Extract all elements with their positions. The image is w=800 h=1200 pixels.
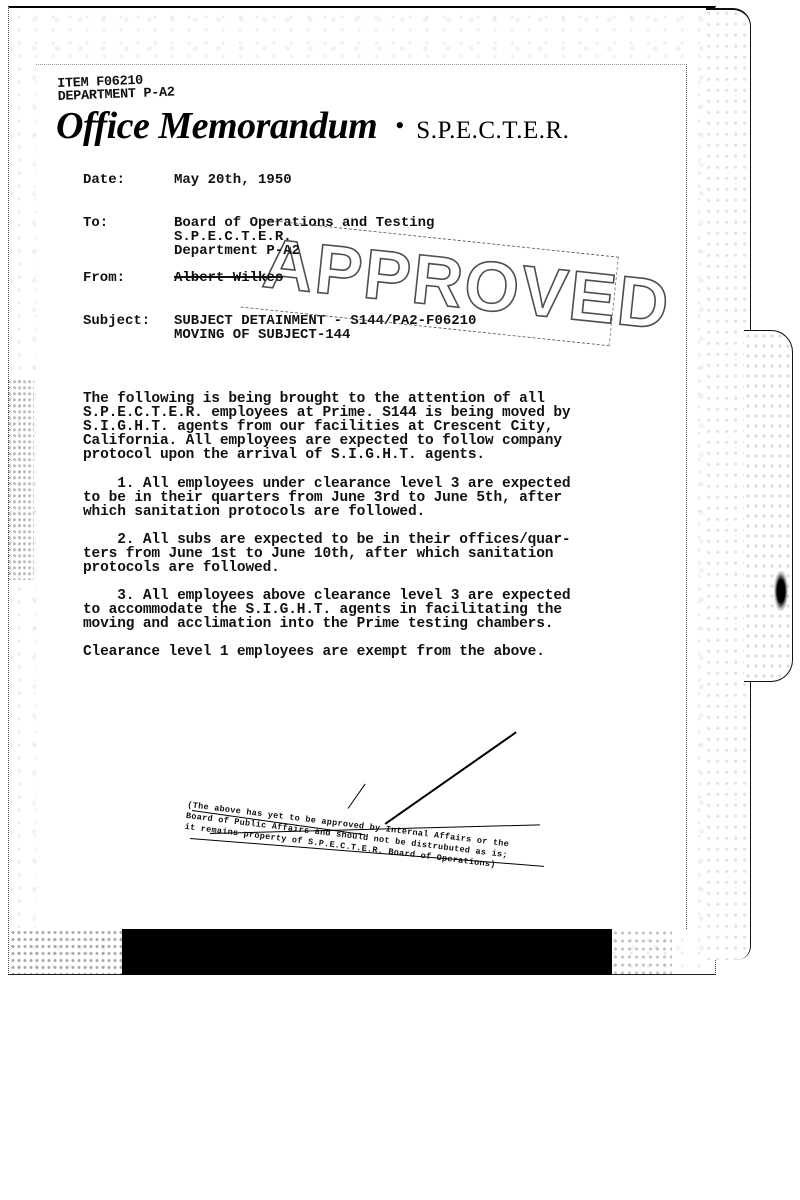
item-3-paragraph: 3. All employees above clearance level 3… — [83, 589, 643, 631]
bullet-icon: • — [395, 111, 404, 140]
text-line: which sanitation protocols are followed. — [83, 505, 643, 519]
text-line: to accommodate the S.I.G.H.T. agents in … — [83, 603, 643, 617]
subject-label: Subject: — [83, 314, 174, 328]
redaction-bar — [122, 929, 612, 975]
date-label: Date: — [83, 173, 174, 187]
memo-title-row: Office Memorandum•S.P.E.C.T.E.R. — [56, 104, 569, 148]
intro-paragraph: The following is being brought to the at… — [83, 392, 643, 462]
from-label: From: — [83, 271, 174, 285]
date-value: May 20th, 1950 — [174, 173, 292, 187]
text-line: protocol upon the arrival of S.I.G.H.T. … — [83, 448, 643, 462]
text-line: protocols are followed. — [83, 561, 643, 575]
ink-smudge — [774, 571, 788, 611]
text-line: 1. All employees under clearance level 3… — [83, 477, 643, 491]
date-field: Date:May 20th, 1950 — [83, 173, 292, 187]
text-line: 2. All subs are expected to be in their … — [83, 533, 643, 547]
item-2-paragraph: 2. All subs are expected to be in their … — [83, 533, 643, 575]
text-line: The following is being brought to the at… — [83, 392, 643, 406]
item-header: ITEM F06210 DEPARTMENT P-A2 — [57, 74, 175, 104]
subject-line: MOVING OF SUBJECT-144 — [174, 328, 476, 342]
text-line: 3. All employees above clearance level 3… — [83, 589, 643, 603]
text-line: S.I.G.H.T. agents from our facilities at… — [83, 420, 643, 434]
folder-tab — [744, 330, 793, 682]
scan-noise — [612, 929, 672, 975]
memo-title: Office Memorandum — [56, 105, 377, 147]
closing-line: Clearance level 1 employees are exempt f… — [83, 645, 643, 659]
text-line: S.P.E.C.T.E.R. employees at Prime. S144 … — [83, 406, 643, 420]
scan-noise — [8, 380, 34, 580]
text-line: ters from June 1st to June 10th, after w… — [83, 547, 643, 561]
to-label: To: — [83, 216, 174, 230]
text-line: moving and acclimation into the Prime te… — [83, 617, 643, 631]
scan-noise — [10, 929, 122, 975]
text-line: Clearance level 1 employees are exempt f… — [83, 645, 643, 659]
text-line: to be in their quarters from June 3rd to… — [83, 491, 643, 505]
text-line: California. All employees are expected t… — [83, 434, 643, 448]
organization-name: S.P.E.C.T.E.R. — [416, 117, 569, 144]
item-1-paragraph: 1. All employees under clearance level 3… — [83, 477, 643, 519]
